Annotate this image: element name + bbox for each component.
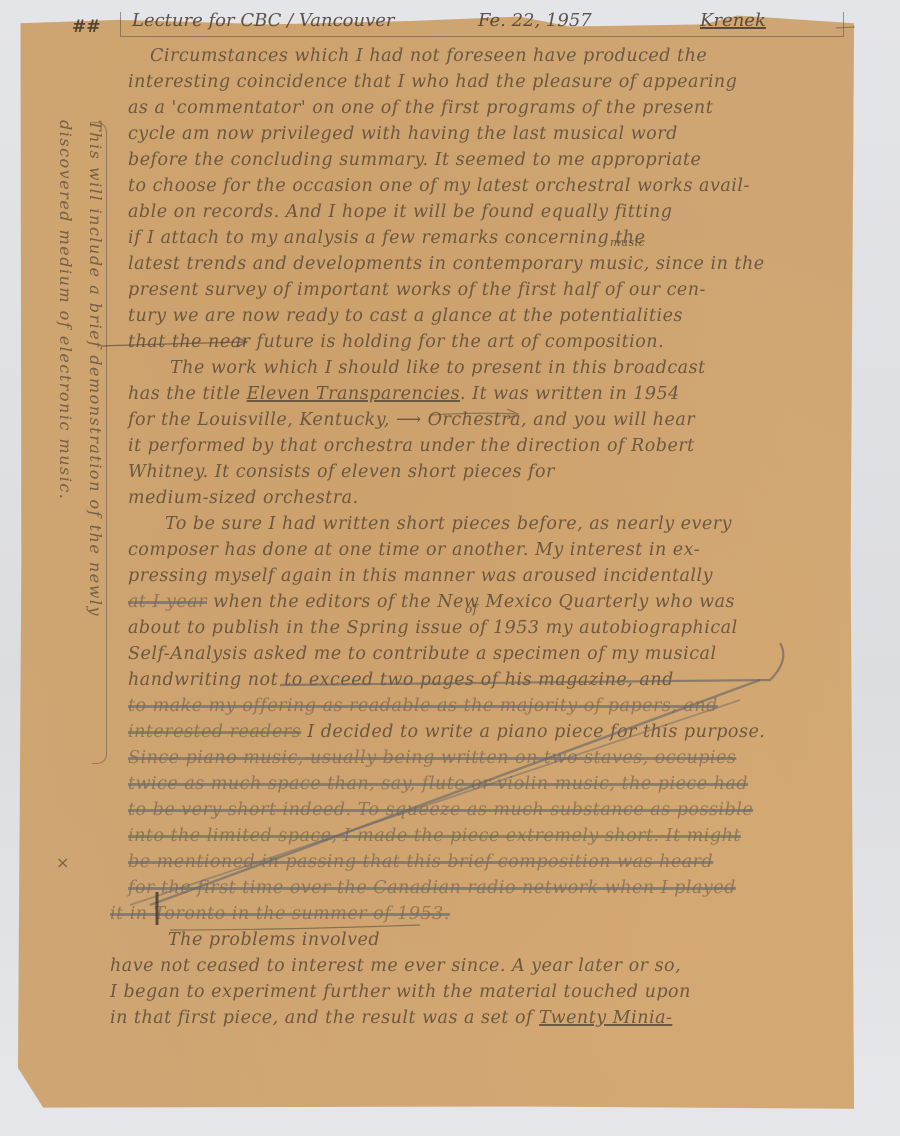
manuscript-line: present survey of important works of the… (128, 277, 706, 303)
struck-line: twice as much space than, say, flute or … (128, 771, 748, 797)
work-title-eleven-transparencies: Eleven Transparencies (247, 384, 460, 404)
work-title-twenty-miniatures: Twenty Minia- (539, 1008, 672, 1028)
manuscript-line: pressing myself again in this manner was… (128, 563, 713, 589)
struck-line: for the first time over the Canadian rad… (128, 875, 736, 901)
manuscript-line: before the concluding summary. It seemed… (128, 147, 701, 173)
manuscript-line: able on records. And I hope it will be f… (128, 199, 672, 225)
manuscript-line: that the near future is holding for the … (128, 329, 664, 355)
manuscript-line: Self-Analysis asked me to contribute a s… (128, 641, 717, 667)
struck-line: be mentioned in passing that this brief … (128, 849, 713, 875)
manuscript-line: The work which I should like to present … (170, 355, 706, 381)
margin-x-mark: × (56, 853, 69, 872)
manuscript-line: interested readers I decided to write a … (128, 719, 765, 745)
manuscript-line: at I year when the editors of the New Me… (128, 589, 735, 615)
manuscript-line: I began to experiment further with the m… (110, 979, 691, 1005)
manuscript-line: The problems involved (168, 927, 380, 953)
margin-note-line-2: discovered medium of electronic music. (50, 120, 80, 617)
struck-line: to be very short indeed. To squeeze as m… (128, 797, 753, 823)
manuscript-line: about to publish in the Spring issue of … (128, 615, 738, 641)
manuscript-line: Whitney. It consists of eleven short pie… (128, 459, 555, 485)
header-date: Fe. 22, 1957 (478, 10, 592, 31)
manuscript-line: latest trends and developments in contem… (128, 251, 765, 277)
manuscript-line: has the title Eleven Transparencies. It … (128, 381, 680, 407)
struck-text: at I year (128, 592, 207, 612)
manuscript-line: in that first piece, and the result was … (110, 1005, 672, 1031)
manuscript-line: cycle am now privileged with having the … (128, 121, 678, 147)
corner-mark: ## (72, 17, 101, 37)
header-title: Lecture for CBC / Vancouver (132, 10, 395, 31)
struck-line: Since piano music, usually being written… (128, 745, 736, 771)
manuscript-line: it performed by that orchestra under the… (128, 433, 695, 459)
manuscript-line: interesting coincidence that I who had t… (128, 69, 737, 95)
manuscript-line: medium-sized orchestra. (128, 485, 359, 511)
manuscript-line: tury we are now ready to cast a glance a… (128, 303, 683, 329)
line-text: I decided to write a piano piece for thi… (301, 722, 765, 742)
header-author: Krenek (700, 10, 766, 31)
struck-line: it in Toronto in the summer of 1953. (110, 901, 450, 927)
margin-note: This will include a brief demonstration … (50, 120, 110, 617)
manuscript-line: To be sure I had written short pieces be… (165, 511, 732, 537)
manuscript-line: if I attach to my analysis a few remarks… (128, 225, 645, 251)
line-text: . It was written in 1954 (460, 384, 680, 404)
manuscript-line: to choose for the occasion one of my lat… (128, 173, 750, 199)
manuscript-line: composer has done at one time or another… (128, 537, 700, 563)
manuscript-line: as a 'commentator' on one of the first p… (128, 95, 713, 121)
line-text: has the title (128, 384, 247, 404)
struck-line: to make my offering as readable as the m… (128, 693, 718, 719)
line-text: in that first piece, and the result was … (110, 1008, 539, 1028)
manuscript-line: handwriting not to exceed two pages of h… (128, 667, 674, 693)
manuscript-line: Circumstances which I had not foreseen h… (150, 43, 707, 69)
struck-text: interested readers (128, 722, 301, 742)
struck-line: into the limited space, I made the piece… (128, 823, 741, 849)
margin-note-line-1: This will include a brief demonstration … (80, 120, 110, 617)
manuscript-line: for the Louisville, Kentucky, ⟶ Orchestr… (128, 407, 695, 433)
manuscript-line: have not ceased to interest me ever sinc… (110, 953, 681, 979)
